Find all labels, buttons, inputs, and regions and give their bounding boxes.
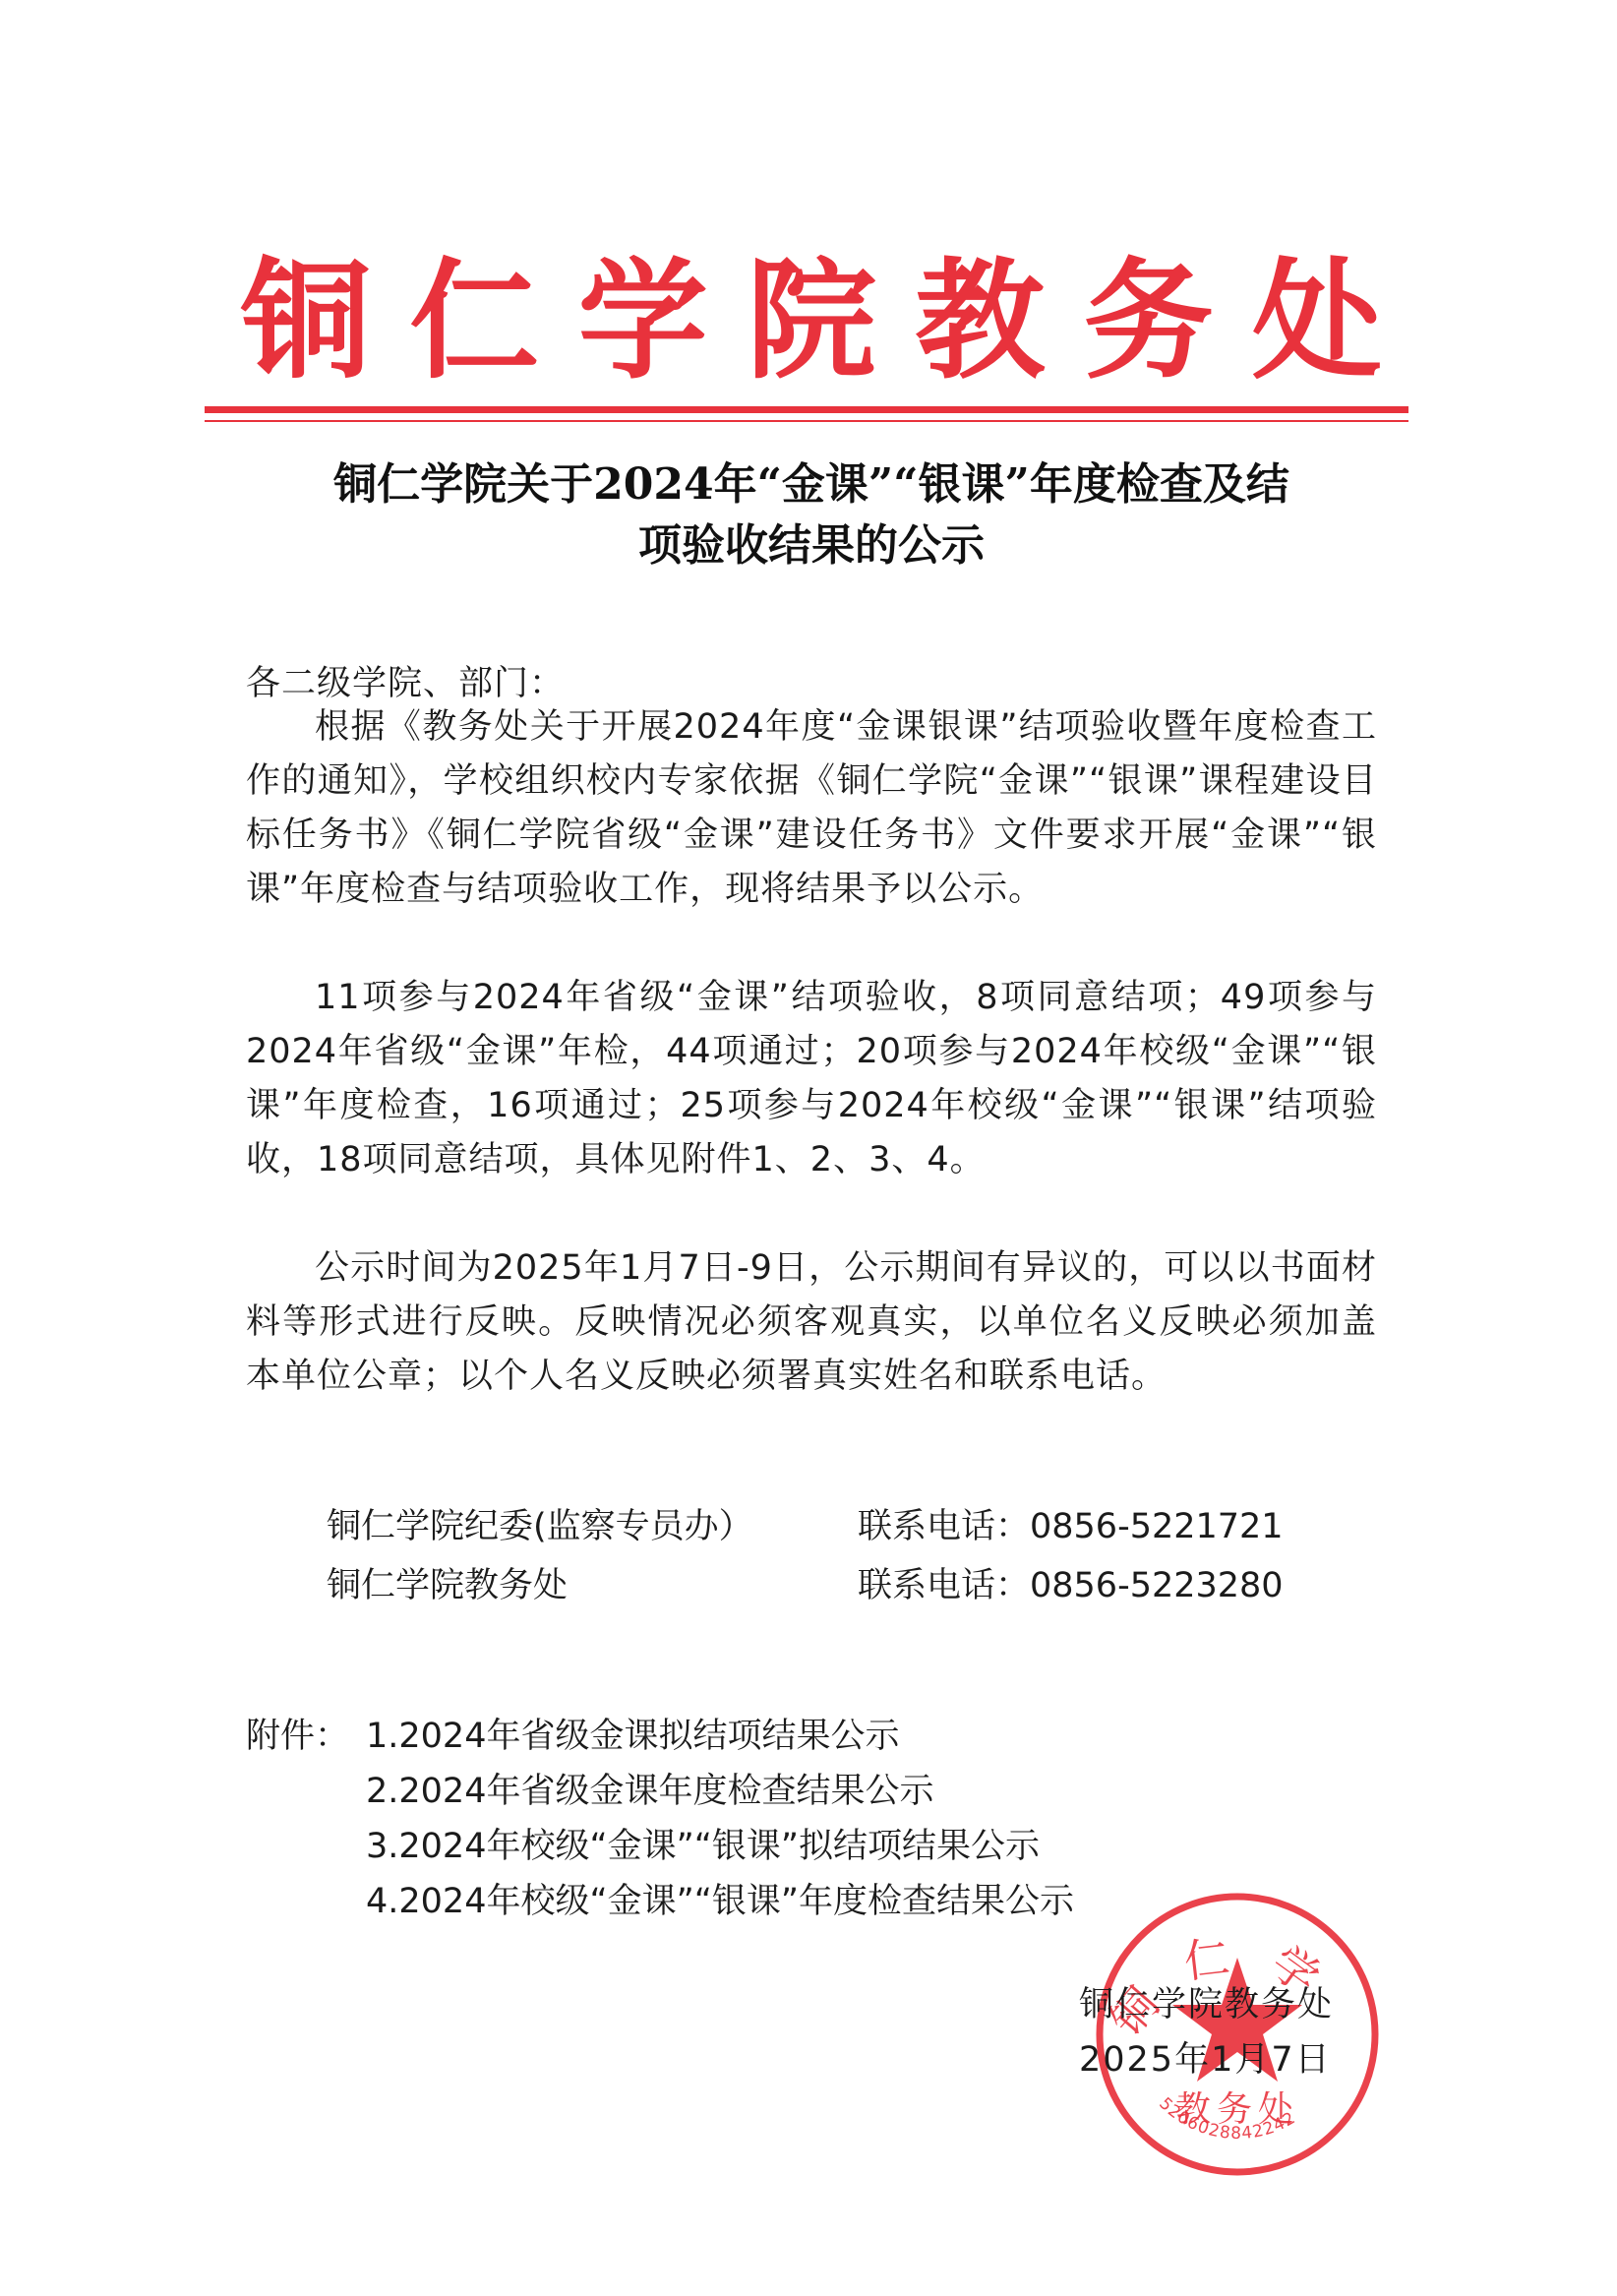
- attachment-item: 3.2024年校级“金课”“银课”拟结项结果公示: [246, 1819, 1074, 1874]
- letterhead: 铜 仁 学 院 教 务 处: [241, 248, 1382, 395]
- signature-org: 铜仁学院教务处: [1079, 1977, 1334, 2032]
- paragraph-notice-period: 公示时间为2025年1月7日-9日，公示期间有异议的，可以以书面材料等形式进行反…: [246, 1241, 1377, 1404]
- attachment-label: 附件：: [246, 1709, 366, 1764]
- attachment-title: 4.2024年校级“金课”“银课”年度检查结果公示: [366, 1874, 1074, 1929]
- letterhead-char: 院: [747, 257, 876, 387]
- title-line-2: 项验收结果的公示: [236, 515, 1387, 576]
- paragraph-results: 11项参与2024年省级“金课”结项验收，8项同意结项；49项参与2024年省级…: [246, 971, 1377, 1187]
- attachment-list: 附件： 1.2024年省级金课拟结项结果公示 2.2024年省级金课年度检查结果…: [246, 1709, 1074, 1929]
- attachment-item: 2.2024年省级金课年度检查结果公示: [246, 1764, 1074, 1819]
- letterhead-char: 处: [1252, 257, 1382, 387]
- contact-list: 铜仁学院纪委(监察专员办） 联系电话：0856-5221721 铜仁学院教务处 …: [327, 1497, 1284, 1615]
- attachment-title: 1.2024年省级金课拟结项结果公示: [366, 1709, 899, 1764]
- contact-org: 铜仁学院教务处: [327, 1556, 858, 1615]
- letterhead-char: 铜: [241, 257, 371, 387]
- contact-org: 铜仁学院纪委(监察专员办）: [327, 1497, 858, 1556]
- title-line-1: 铜仁学院关于2024年“金课”“银课”年度检查及结: [236, 454, 1387, 515]
- contact-phone: 联系电话：0856-5221721: [858, 1497, 1284, 1556]
- contact-phone: 联系电话：0856-5223280: [858, 1556, 1284, 1615]
- letterhead-char: 务: [1084, 257, 1214, 387]
- attachment-title: 2.2024年省级金课年度检查结果公示: [366, 1764, 933, 1819]
- document-title: 铜仁学院关于2024年“金课”“银课”年度检查及结 项验收结果的公示: [236, 454, 1387, 576]
- contact-row: 铜仁学院纪委(监察专员办） 联系电话：0856-5221721: [327, 1497, 1284, 1556]
- signature-block: 铜仁学院教务处 2025年1月7日: [1079, 1977, 1334, 2087]
- signature-date: 2025年1月7日: [1079, 2032, 1334, 2087]
- contact-row: 铜仁学院教务处 联系电话：0856-5223280: [327, 1556, 1284, 1615]
- attachment-item: 附件： 1.2024年省级金课拟结项结果公示: [246, 1709, 1074, 1764]
- letterhead-rule-thick: [205, 406, 1408, 413]
- attachment-title: 3.2024年校级“金课”“银课”拟结项结果公示: [366, 1819, 1040, 1874]
- letterhead-char: 学: [578, 257, 708, 387]
- letterhead-char: 仁: [409, 257, 539, 387]
- attachment-item: 4.2024年校级“金课”“银课”年度检查结果公示: [246, 1874, 1074, 1929]
- letterhead-char: 教: [915, 257, 1045, 387]
- paragraph-basis: 根据《教务处关于开展2024年度“金课银课”结项验收暨年度检查工作的通知》，学校…: [246, 700, 1377, 917]
- letterhead-rule-thin: [205, 420, 1408, 422]
